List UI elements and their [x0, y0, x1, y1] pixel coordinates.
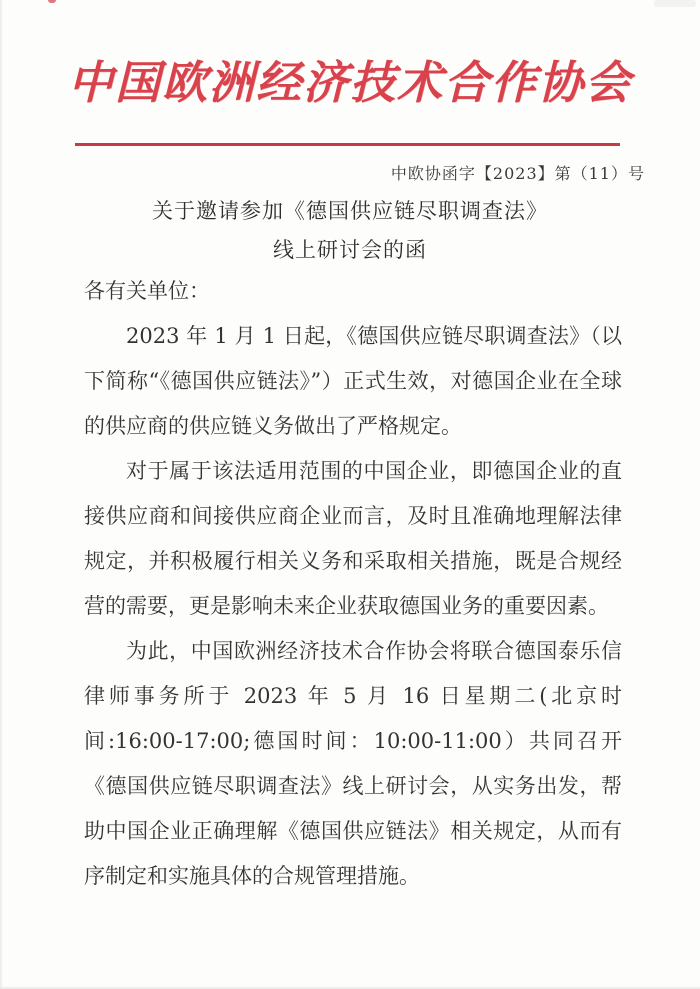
body-paragraph-1: 2023 年 1 月 1 日起，《德国供应链尽职调查法》（以下简称“《德国供应链…	[84, 314, 622, 449]
reference-number: 中欧协函字【2023】第（11）号	[391, 163, 645, 185]
scan-red-speck	[48, 0, 56, 3]
body-paragraph-3: 为此，中国欧洲经济技术合作协会将联合德国泰乐信律师事务所于 2023 年 5 月…	[84, 629, 622, 899]
document-title-line1: 关于邀请参加《德国供应链尽职调查法》	[0, 192, 700, 231]
body-paragraph-2: 对于属于该法适用范围的中国企业，即德国企业的直接供应商和间接供应商企业而言，及时…	[84, 449, 622, 629]
scan-edge-left	[0, 0, 3, 989]
letter-body: 各有关单位： 2023 年 1 月 1 日起，《德国供应链尽职调查法》（以下简称…	[84, 269, 622, 899]
scanned-letter-page: 中国欧洲经济技术合作协会 中欧协函字【2023】第（11）号 关于邀请参加《德国…	[0, 0, 700, 989]
salutation: 各有关单位：	[84, 269, 622, 314]
document-title: 关于邀请参加《德国供应链尽职调查法》 线上研讨会的函	[0, 192, 700, 270]
letterhead-divider-rule	[75, 143, 620, 146]
scan-smudge-top-right	[654, 0, 696, 7]
letterhead-title: 中国欧洲经济技术合作协会	[0, 52, 700, 114]
document-title-line2: 线上研讨会的函	[0, 231, 700, 270]
